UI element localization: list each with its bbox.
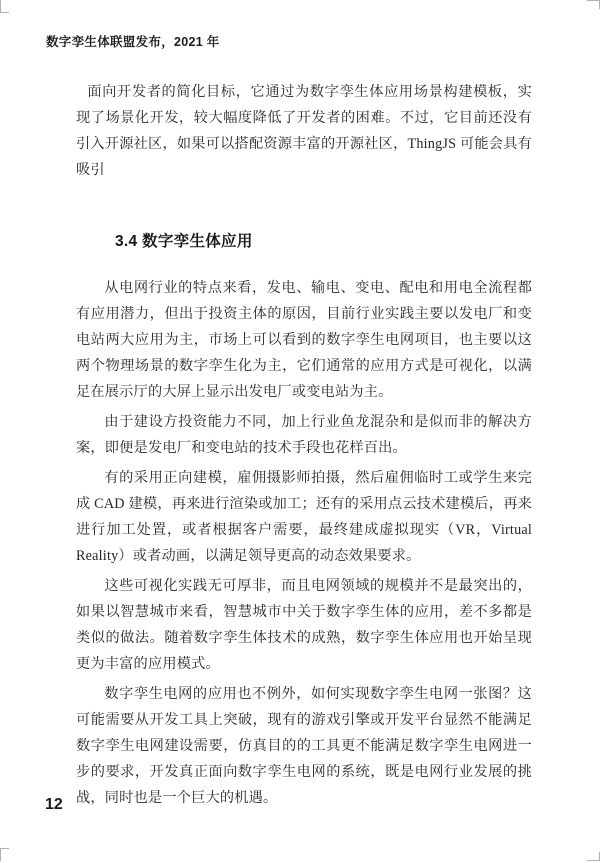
running-header: 数字孪生体联盟发布，2021 年 xyxy=(46,32,220,50)
body-paragraph: 这些可视化实践无可厚非，而且电网领域的规模并不是最突出的，如果以智慧城市来看，智… xyxy=(76,573,532,677)
crop-mark-top-right xyxy=(587,0,600,9)
crop-mark-bottom-right xyxy=(587,852,600,861)
crop-mark-bottom-left xyxy=(0,848,9,861)
body-paragraph: 从电网行业的特点来看，发电、输电、变电、配电和用电全流程都有应用潜力，但出于投资… xyxy=(76,275,532,405)
page-number: 12 xyxy=(45,796,63,814)
document-page: 数字孪生体联盟发布，2021 年 面向开发者的简化目标，它通过为数字孪生体应用场… xyxy=(0,0,600,863)
body-paragraph: 由于建设方投资能力不同，加上行业鱼龙混杂和是似而非的解决方案，即便是发电厂和变电… xyxy=(76,409,532,461)
text-column: 面向开发者的简化目标，它通过为数字孪生体应用场景构建模板，实现了场景化开发，较大… xyxy=(76,79,532,811)
body-paragraph: 数字孪生电网的应用也不例外，如何实现数字孪生电网一张图？这可能需要从开发工具上突… xyxy=(76,681,532,811)
crop-mark-top-left xyxy=(0,0,9,13)
body-paragraph-continued: 面向开发者的简化目标，它通过为数字孪生体应用场景构建模板，实现了场景化开发，较大… xyxy=(76,79,532,183)
section-heading: 3.4 数字孪生体应用 xyxy=(76,230,532,253)
body-paragraph: 有的采用正向建模，雇佣摄影师拍摄，然后雇佣临时工或学生来完成 CAD 建模，再来… xyxy=(76,465,532,569)
